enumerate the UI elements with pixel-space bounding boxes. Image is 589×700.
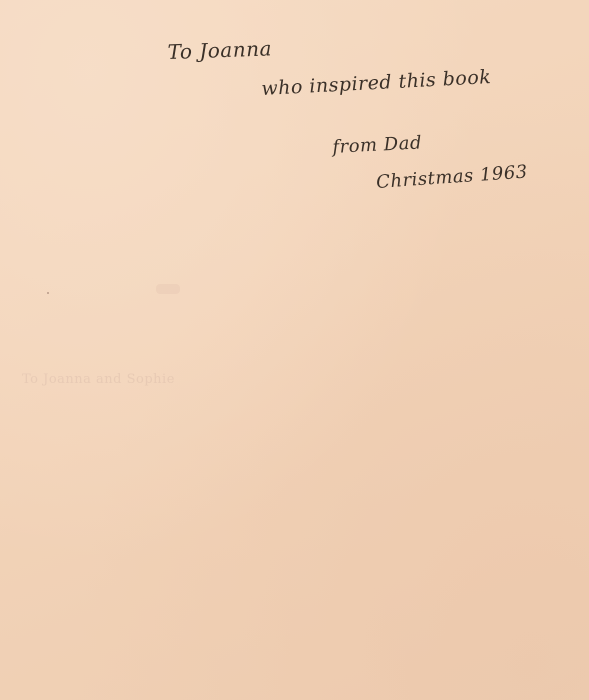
inscription-dedication: who inspired this book [261, 66, 492, 100]
inscription-signature: from Dad [332, 132, 423, 158]
paper-blemish [156, 284, 180, 294]
inscription-date: Christmas 1963 [376, 161, 529, 193]
show-through-text: To Joanna and Sophie [22, 372, 175, 387]
inscription-recipient: To Joanna [167, 36, 272, 64]
book-page: To Joanna who inspired this book from Da… [0, 0, 589, 700]
paper-speck [47, 292, 49, 294]
